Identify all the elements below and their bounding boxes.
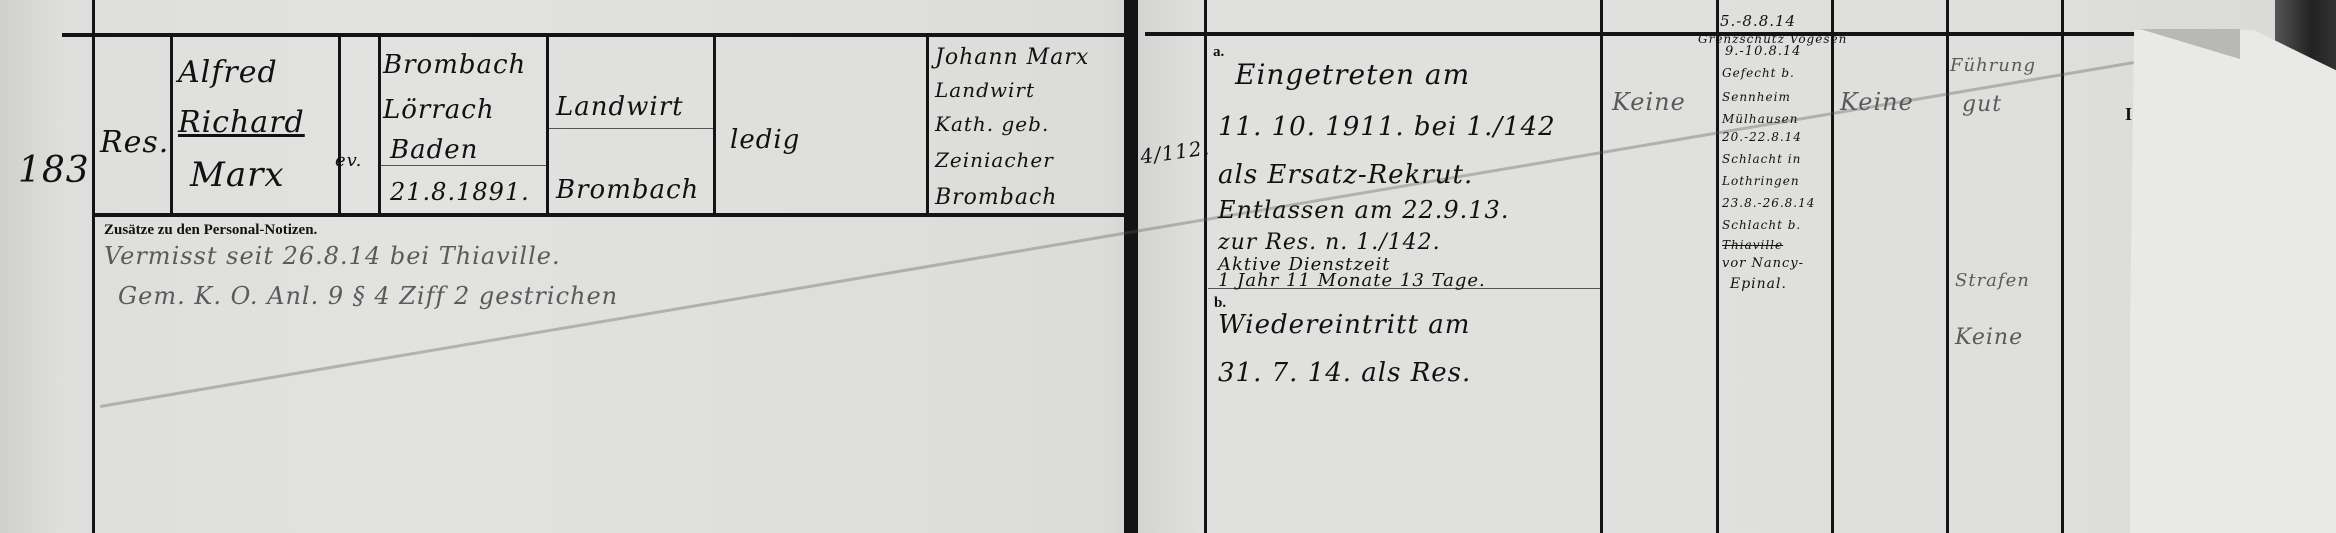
fold-mark: I — [2125, 104, 2132, 125]
campaign-l3: Gefecht b. — [1722, 66, 1795, 80]
top-rule-right — [1145, 32, 2145, 36]
campaign-l4: Sennheim — [1722, 90, 1791, 104]
gutter-divider — [1124, 0, 1138, 533]
name-middle: Richard — [178, 105, 305, 140]
col-line-occupation — [713, 35, 716, 213]
marital-status: ledig — [730, 125, 800, 155]
top-rule-left — [62, 33, 1127, 37]
campaign-l10: Schlacht b. — [1722, 218, 1801, 232]
birthplace-state: Baden — [390, 135, 478, 165]
parents-line2: Landwirt — [935, 78, 1035, 102]
col-line-conduct — [1946, 0, 1949, 533]
col-line-marital — [926, 35, 929, 213]
conduct-value: gut — [1962, 92, 2002, 117]
birthplace-divider — [380, 165, 548, 166]
col-line-name — [338, 35, 341, 213]
birthplace-district: Lörrach — [383, 95, 495, 125]
service-b-line1: Wiedereintritt am — [1218, 310, 1470, 340]
conduct-label: Führung — [1950, 55, 2036, 76]
service-a-label: a. — [1213, 44, 1224, 61]
campaign-l12: vor Nancy- — [1722, 256, 1804, 271]
unit-reference: 4/112. — [1139, 135, 1212, 169]
campaign-l6: 20.-22.8.14 — [1722, 130, 1802, 144]
birth-date: 21.8.1891. — [390, 178, 530, 206]
col-line-campaigns — [1716, 0, 1719, 533]
service-a-line7: 1 Jahr 11 Monate 13 Tage. — [1218, 270, 1486, 291]
occupation: Landwirt — [556, 92, 684, 122]
parents-line5: Brombach — [935, 185, 1057, 210]
personal-notes-line2: Gem. K. O. Anl. 9 § 4 Ziff 2 gestrichen — [118, 282, 618, 310]
col-line-outer — [92, 0, 95, 533]
campaign-l7: Schlacht in — [1722, 152, 1801, 166]
col-line-keine1 — [1600, 0, 1603, 533]
parents-line1: Johann Marx — [935, 45, 1089, 70]
campaign-top-date: 5.-8.8.14 — [1720, 12, 1796, 30]
campaign-l5: Mülhausen — [1722, 112, 1798, 126]
service-a-line1: Eingetreten am — [1235, 58, 1470, 91]
rank: Res. — [100, 125, 169, 160]
campaign-l8: Lothringen — [1722, 174, 1800, 188]
parents-line4: Zeiniacher — [935, 148, 1054, 172]
service-a-line3: als Ersatz-Rekrut. — [1218, 160, 1473, 190]
col-line-religion — [378, 35, 381, 213]
name-last: Marx — [190, 155, 285, 195]
col-line-keine2 — [1831, 0, 1834, 533]
col-line-punish — [2061, 0, 2064, 533]
occupation-divider — [548, 128, 714, 129]
punishments-value: Keine — [1955, 325, 2023, 350]
service-a-line4: Entlassen am 22.9.13. — [1218, 196, 1509, 224]
notes-rule — [95, 213, 1127, 217]
entry-number: 183 — [18, 150, 90, 191]
keine-column-2: Keine — [1840, 88, 1914, 116]
service-a-line2: 11. 10. 1911. bei 1./142 — [1218, 112, 1556, 142]
register-page: 183 Res. Alfred Richard Marx ev. Brombac… — [0, 0, 2336, 533]
campaign-l13: Epinal. — [1730, 276, 1787, 292]
name-first: Alfred — [178, 55, 278, 90]
keine-column-1: Keine — [1612, 88, 1686, 116]
birthplace-town: Brombach — [383, 50, 526, 80]
service-b-line2: 31. 7. 14. als Res. — [1218, 358, 1471, 388]
col-line-birth — [546, 35, 549, 213]
folded-page-corner — [2130, 30, 2336, 533]
punishments-label: Strafen — [1955, 270, 2030, 291]
residence: Brombach — [556, 175, 699, 205]
service-a-line5: zur Res. n. 1./142. — [1218, 230, 1441, 255]
campaign-l11: Thiaville — [1722, 238, 1783, 252]
col-line-rank — [170, 35, 173, 213]
religion: ev. — [335, 150, 362, 171]
col-line-service — [1204, 0, 1207, 533]
campaign-l9: 23.8.-26.8.14 — [1722, 196, 1815, 210]
parents-line3: Kath. geb. — [935, 112, 1049, 136]
personal-notes-header: Zusätze zu den Personal-Notizen. — [104, 222, 317, 239]
campaign-l2: 9.-10.8.14 — [1725, 44, 1801, 59]
personal-notes-line1: Vermisst seit 26.8.14 bei Thiaville. — [104, 242, 561, 270]
